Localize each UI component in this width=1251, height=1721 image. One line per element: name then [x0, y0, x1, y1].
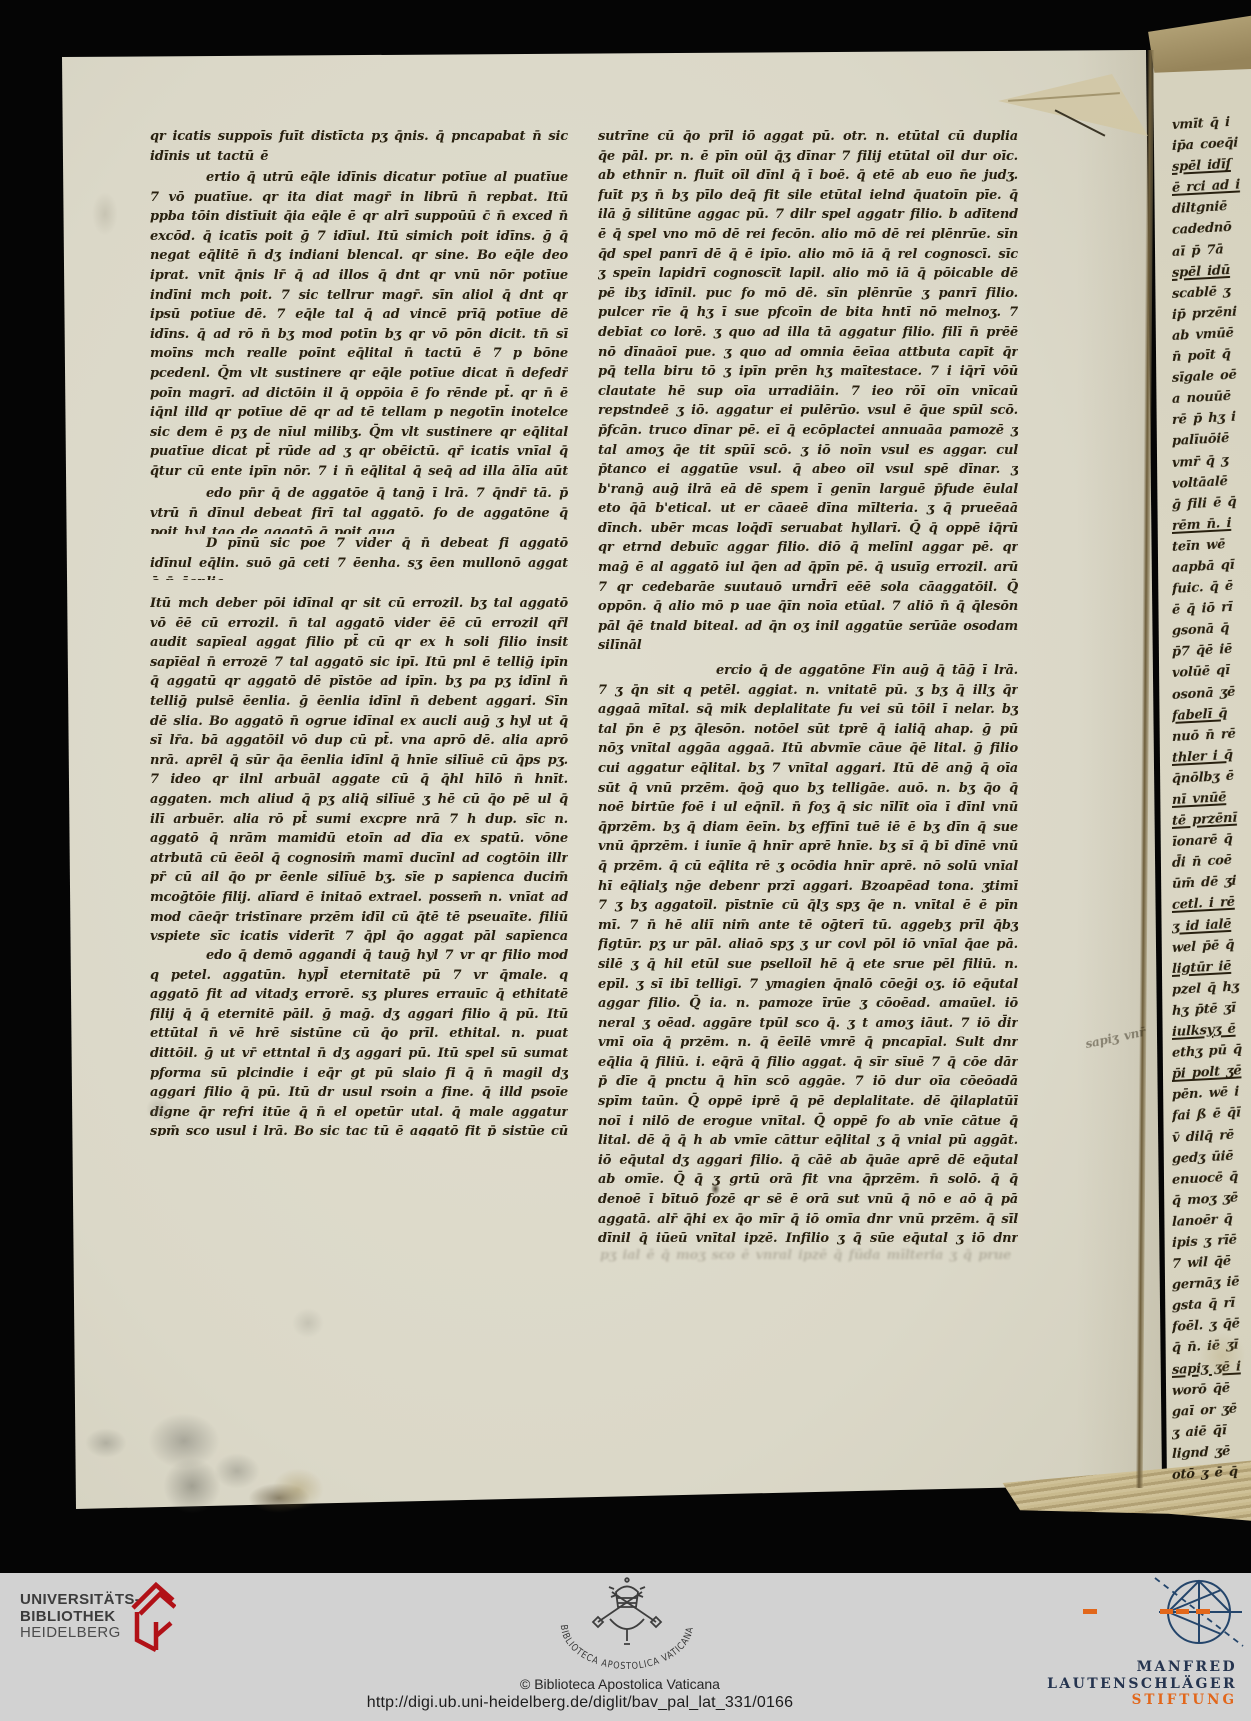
show-through-text: pʒ ial ē q̄ moʒ sco ē vnral ipzē q̄ fūda… — [600, 1246, 1018, 1268]
permalink-url[interactable]: http://digi.ub.uni-heidelberg.de/diglit/… — [0, 1694, 1160, 1712]
vatican-seal-icon: BIBLIOTECA APOSTOLICA VATICANA — [552, 1575, 702, 1673]
ink-speck — [711, 1183, 720, 1195]
next-page-text-strip: vmīt q̄ iip̄a coeq̄ispēl idīſē rci ad id… — [1172, 111, 1251, 1482]
parchment-stain — [214, 1453, 260, 1489]
manuscript-paragraph: edo q̄ demō aggandi q̄ tauḡ hyl 7 vr qr … — [150, 946, 568, 1136]
orange-dash — [1160, 1609, 1173, 1614]
lautenschlaeger-line3: STIFTUNG — [1000, 1692, 1237, 1709]
manuscript-paragraph: D pīnū sic poe 7 vider q̄ n̄ debeat fi a… — [150, 534, 568, 580]
manuscript-column-right: sutrīne cū q̄o prīl iō aggat pū. otr. n.… — [598, 127, 1018, 1249]
parchment-stain — [92, 192, 118, 236]
manuscript-paragraph: edo pn̄r q̄ de aggatōe q̄ tanḡ ī lrā. 7 … — [150, 484, 568, 534]
vatican-copyright: © Biblioteca Apostolica Vaticana — [470, 1676, 770, 1692]
manuscript-column-left: qr icatis suppoīs fuīt distīcta pʒ q̄nis… — [150, 127, 568, 1136]
parchment-stain — [1198, 1332, 1246, 1380]
footer-bar: UNIVERSITÄTS- BIBLIOTHEK HEIDELBERG — [0, 1573, 1251, 1721]
parchment-stain — [85, 1428, 127, 1458]
parchment-stain — [163, 1458, 221, 1514]
page-edges-top — [1146, 12, 1251, 74]
orange-dash — [1196, 1609, 1210, 1614]
lautenschlaeger-wordmark: MANFRED LAUTENSCHLÄGER STIFTUNG — [1000, 1659, 1237, 1709]
heidelberg-line1: UNIVERSITÄTS- — [20, 1592, 140, 1609]
orange-dash — [1176, 1609, 1189, 1614]
manuscript-paragraph: Itū mch deber pōi idīnal qr sit cū erroz… — [150, 594, 568, 946]
heidelberg-library-wordmark: UNIVERSITÄTS- BIBLIOTHEK HEIDELBERG — [20, 1592, 140, 1642]
parchment-stain — [272, 1468, 324, 1510]
manuscript-paragraph: ercio q̄ de aggatōne Fin auḡ q̄ tāḡ ī lr… — [598, 661, 1018, 1249]
lautenschlaeger-line2: LAUTENSCHLÄGER — [1000, 1676, 1237, 1693]
heidelberg-line3: HEIDELBERG — [20, 1625, 140, 1642]
orange-dash — [1083, 1609, 1097, 1614]
heidelberg-books-icon — [126, 1578, 176, 1652]
manuscript-paragraph: qr icatis suppoīs fuīt distīcta pʒ q̄nis… — [150, 127, 568, 168]
manuscript-paragraph: ertio q̄ utrū eq̄le idīnis dicatur potīu… — [150, 168, 568, 484]
heidelberg-line2: BIBLIOTHEK — [20, 1609, 140, 1626]
manuscript-paragraph: sutrīne cū q̄o prīl iō aggat pū. otr. n.… — [598, 127, 1018, 661]
lautenschlaeger-line1: MANFRED — [1000, 1659, 1237, 1676]
parchment-stain — [292, 1308, 324, 1338]
parchment-stain — [146, 1096, 172, 1122]
